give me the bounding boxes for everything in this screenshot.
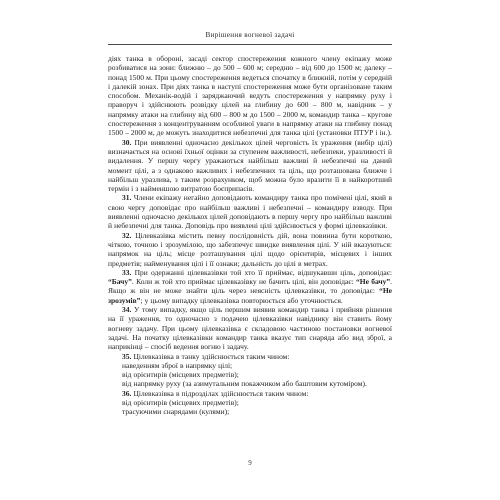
emphasis-run: 31. — [122, 193, 131, 202]
emphasis-run: 32. — [122, 231, 131, 240]
text-block: Вирішення вогневої задачі діях танка в о… — [108, 31, 392, 417]
paragraph: 35. Цілевказівка в танку здійснюється та… — [108, 352, 392, 361]
emphasis-run: 36. — [122, 389, 131, 398]
text-run: трасуючими снарядами (кулями); — [122, 407, 229, 416]
paragraph: 32. Цілевказівка містить певну послідовн… — [108, 231, 392, 268]
text-run: наведенням зброї в напрямку цілі; — [122, 361, 232, 370]
emphasis-run: “Не бачу” — [356, 277, 390, 286]
text-run: При одержанні цілевказівки той хто її пр… — [131, 268, 392, 277]
document-page: Вирішення вогневої задачі діях танка в о… — [0, 0, 500, 500]
text-run: У тому випадку, якщо ціль першим виявив … — [108, 305, 392, 351]
emphasis-run: “Бачу” — [108, 277, 132, 286]
text-run: Члени екіпажу негайно доповідають команд… — [108, 193, 392, 230]
text-run: . Коли ж той хто приймає цілевказівку не… — [132, 277, 356, 286]
header-divider — [108, 44, 392, 45]
paragraph: 36. Цілевказівка в підрозділах здійснюєт… — [108, 389, 392, 398]
emphasis-run: 30. — [122, 138, 131, 147]
text-run: від напрямку руху (за азимутальним покаж… — [122, 379, 367, 388]
paragraph: від орієнтирів (місцевих предметів); — [108, 398, 392, 407]
body-text: діях танка в обороні, засаді сектор спос… — [108, 54, 392, 417]
emphasis-run: 34. — [122, 305, 131, 314]
paragraph: 31. Члени екіпажу негайно доповідають ко… — [108, 193, 392, 230]
paragraph: трасуючими снарядами (кулями); — [108, 407, 392, 416]
paragraph: від орієнтирів (місцевих предметів); — [108, 370, 392, 379]
running-head: Вирішення вогневої задачі — [108, 31, 392, 39]
text-run: діях танка в обороні, засаді сектор спос… — [108, 54, 392, 137]
paragraph: від напрямку руху (за азимутальним покаж… — [108, 379, 392, 388]
page-number: 9 — [108, 459, 392, 467]
text-run: від орієнтирів (місцевих предметів); — [122, 370, 239, 379]
text-run: Цілевказівка в танку здійснюється таким … — [131, 352, 289, 361]
paragraph: 34. У тому випадку, якщо ціль першим вия… — [108, 305, 392, 351]
text-run: ; у цьому випадку цілевказівка повторюєт… — [140, 296, 342, 305]
text-run: При виявленні одночасно декількох цілей … — [108, 138, 392, 193]
paragraph: діях танка в обороні, засаді сектор спос… — [108, 54, 392, 138]
emphasis-run: 35. — [122, 352, 131, 361]
text-run: Цілевказівка містить певну послідовність… — [108, 231, 392, 268]
emphasis-run: 33. — [122, 268, 131, 277]
text-run: Цілевказівка в підрозділах здійснюється … — [131, 389, 308, 398]
paragraph: 33. При одержанні цілевказівки той хто ї… — [108, 268, 392, 305]
paragraph: наведенням зброї в напрямку цілі; — [108, 361, 392, 370]
paragraph: 30. При виявленні одночасно декількох ці… — [108, 138, 392, 194]
text-run: від орієнтирів (місцевих предметів); — [122, 398, 239, 407]
